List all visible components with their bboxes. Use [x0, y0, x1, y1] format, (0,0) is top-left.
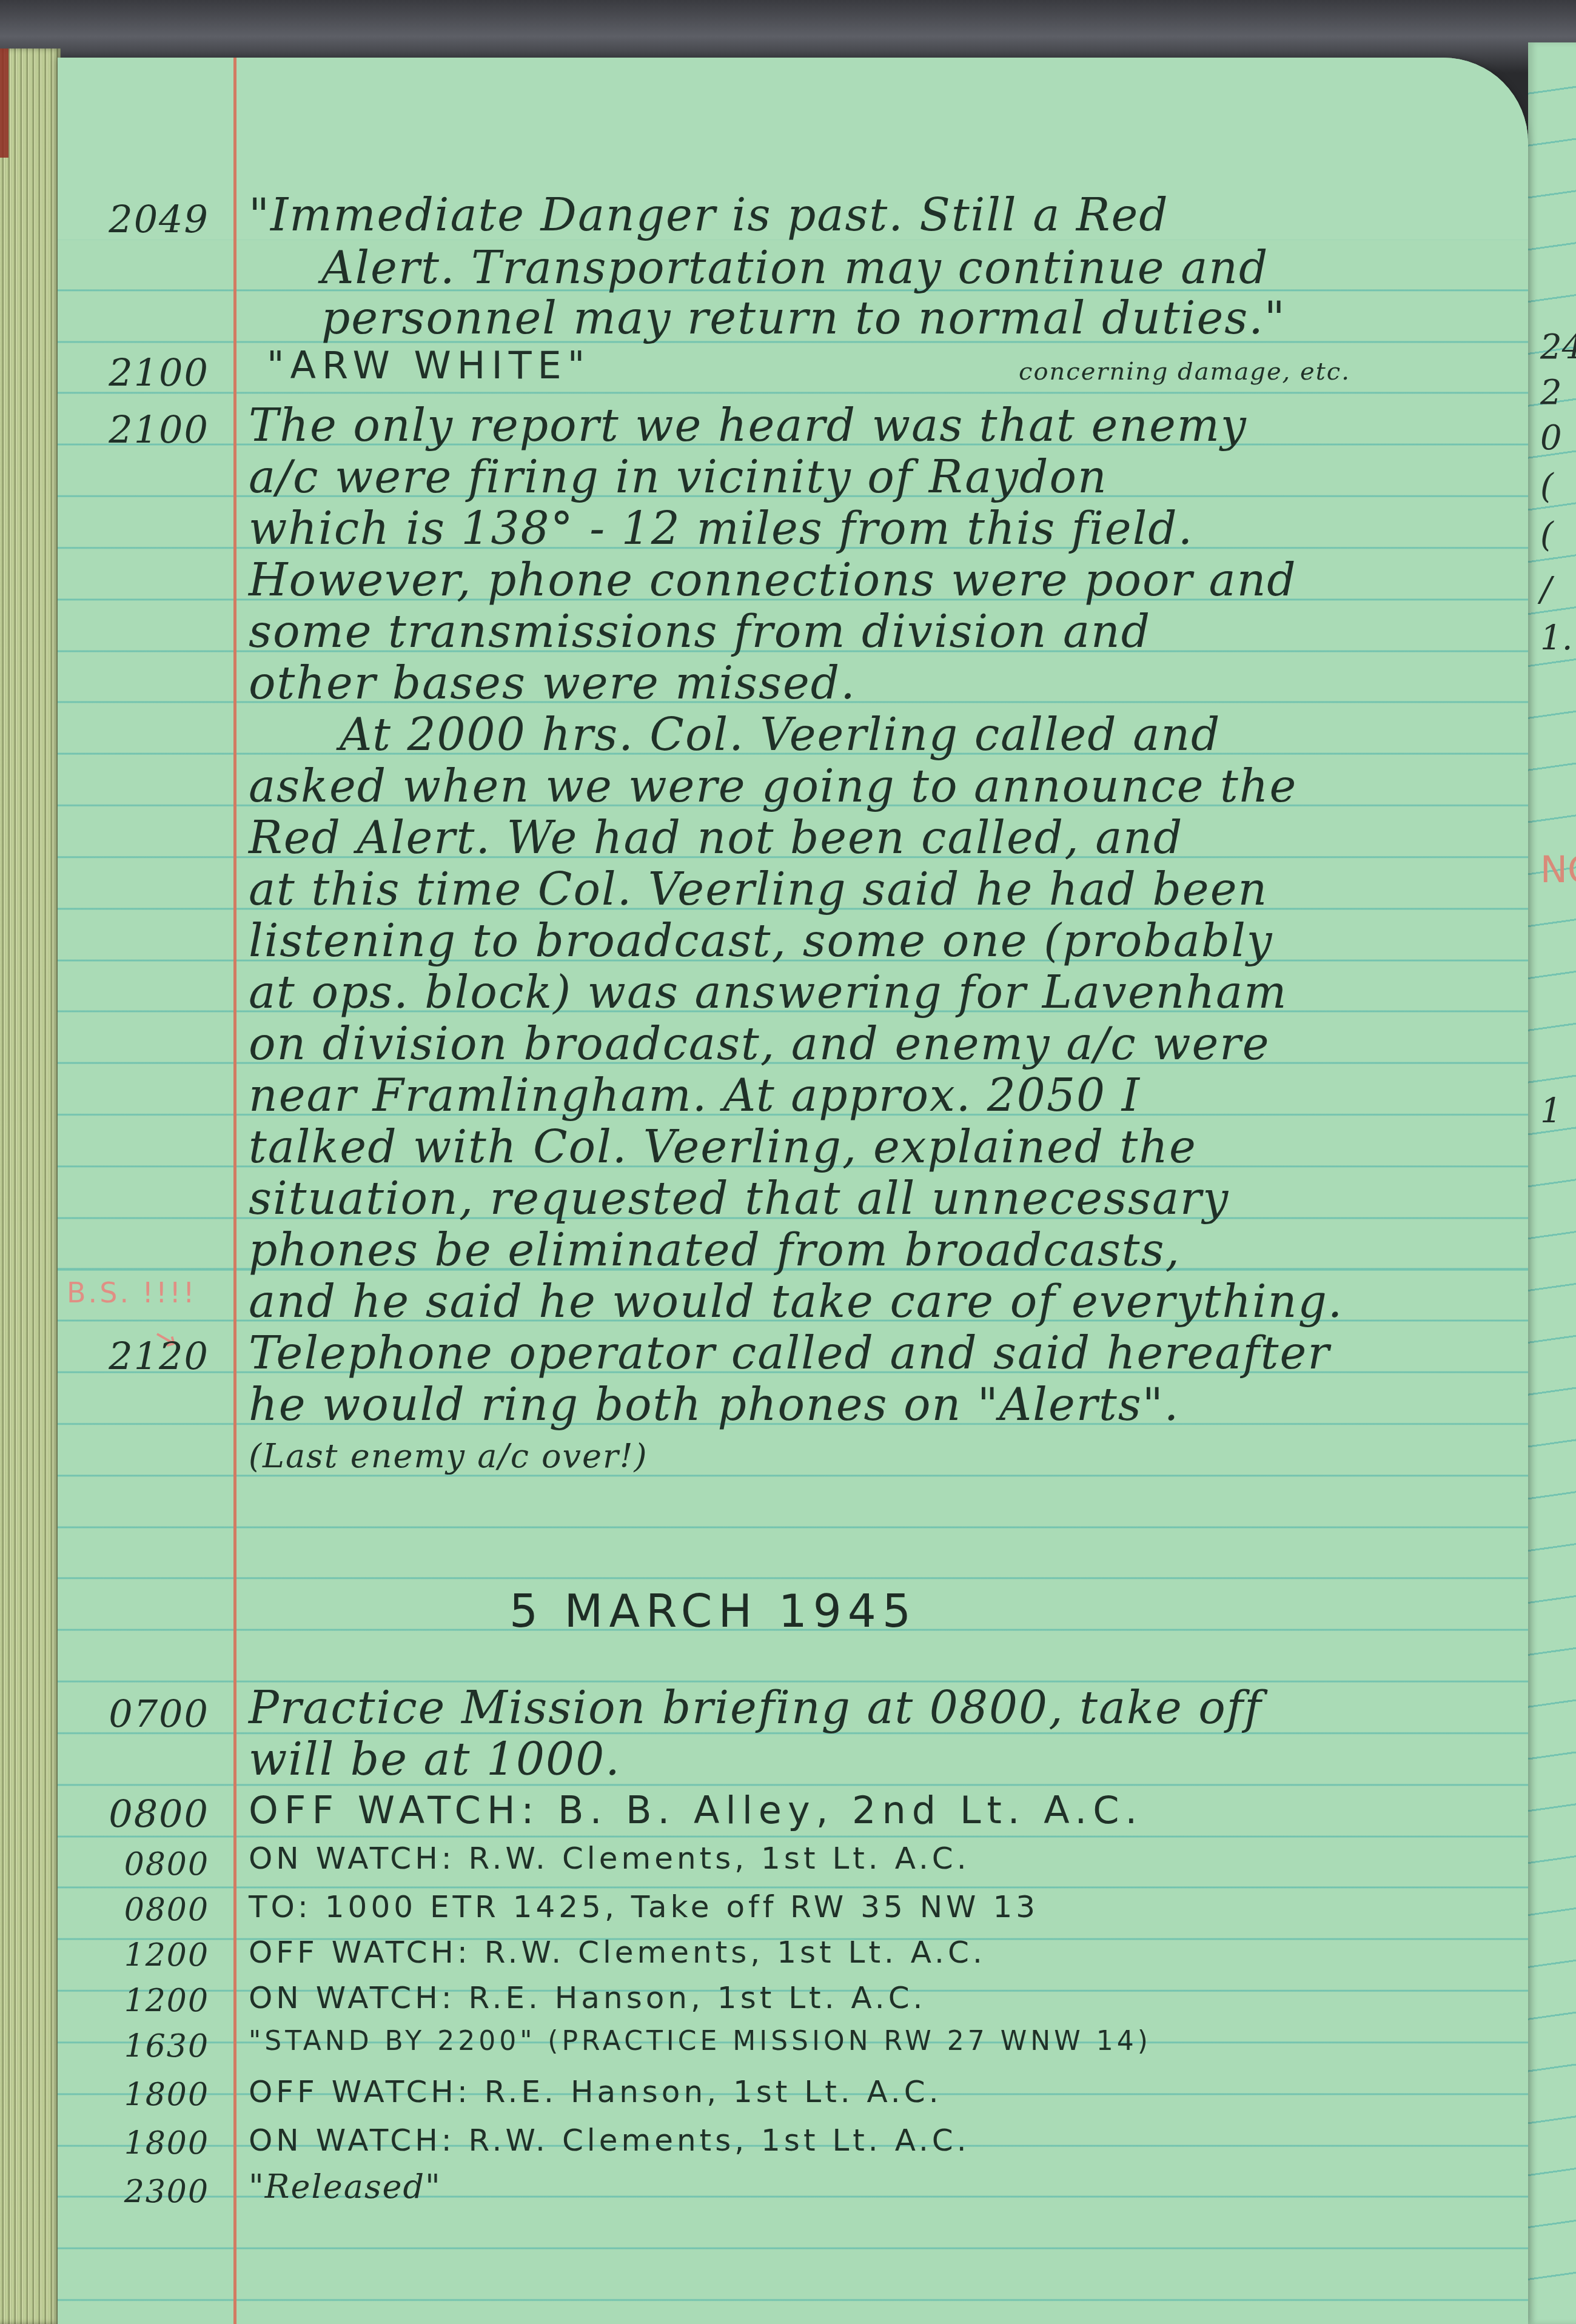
entry-text-line: ON WATCH: R.E. Hanson, 1st Lt. A.C.	[249, 1983, 926, 2013]
entry-time: 2100	[58, 350, 221, 395]
entry-time: 0800	[58, 1892, 221, 1928]
facing-page-edge: 24 2 0 ( ( / 1. NO 1	[1528, 42, 1576, 2324]
entry-text-line: will be at 1000.	[249, 1737, 621, 1782]
entry-text-line: Telephone operator called and said herea…	[249, 1331, 1330, 1376]
entry-text-line: OFF WATCH: B. B. Alley, 2nd Lt. A.C.	[249, 1792, 1143, 1829]
margin-note-red: B.S. !!!!	[67, 1276, 196, 1309]
entry-text-line: ON WATCH: R.W. Clements, 1st Lt. A.C.	[249, 2125, 970, 2155]
book-cover-edge	[0, 49, 8, 158]
entry-time: 0700	[58, 1692, 221, 1736]
entry-text-line: Practice Mission briefing at 0800, take …	[249, 1686, 1262, 1730]
facing-page-fragment: 0	[1540, 418, 1562, 458]
entry-time: 1800	[58, 2125, 221, 2162]
facing-page-fragment: 1	[1540, 1091, 1562, 1131]
facing-page-fragment: 1.	[1540, 618, 1572, 658]
entry-text-line: Red Alert. We had not been called, and	[249, 815, 1183, 860]
entry-text-line: ON WATCH: R.W. Clements, 1st Lt. A.C.	[249, 1843, 970, 1874]
facing-page-fragment: /	[1540, 570, 1552, 609]
entry-text-line: OFF WATCH: R.W. Clements, 1st Lt. A.C.	[249, 1937, 986, 1967]
entry-text-line: at ops. block) was answering for Lavenha…	[249, 970, 1287, 1015]
entry-text-line: some transmissions from division and	[249, 609, 1151, 654]
entry-text-line: At 2000 hrs. Col. Veerling called and	[340, 712, 1221, 757]
inserted-annotation: concerning damage, etc.	[1019, 358, 1350, 386]
entry-time: 2120	[58, 1334, 221, 1378]
entry-time: 1800	[58, 2077, 221, 2113]
date-heading: 5 MARCH 1945	[509, 1586, 917, 1638]
entry-text-line: "STAND BY 2200" (PRACTICE MISSION RW 27 …	[249, 2028, 1152, 2055]
entry-time: 2300	[58, 2174, 221, 2210]
entry-text-line: (Last enemy a/c over!)	[249, 1440, 648, 1473]
entry-time: 2100	[58, 407, 221, 452]
entry-text-line: phones be eliminated from broadcasts,	[249, 1228, 1181, 1273]
entry-text-line: personnel may return to normal duties."	[321, 296, 1286, 341]
entry-text-line: "Released"	[249, 2171, 441, 2203]
entry-time: 1630	[58, 2028, 221, 2064]
entry-text-line: "ARW WHITE"	[267, 347, 591, 384]
entry-text-line: near Framlingham. At approx. 2050 I	[249, 1073, 1141, 1118]
entry-time: 0800	[58, 1792, 221, 1836]
entry-time: 1200	[58, 1937, 221, 1974]
entry-text-line: "Immediate Danger is past. Still a Red	[249, 193, 1169, 238]
entry-time: 1200	[58, 1983, 221, 2019]
entry-text-line: a/c were firing in vicinity of Raydon	[249, 455, 1108, 500]
entry-text-line: Alert. Transportation may continue and	[321, 246, 1269, 290]
entry-text-line: OFF WATCH: R.E. Hanson, 1st Lt. A.C.	[249, 2077, 942, 2107]
entry-text-line: he would ring both phones on "Alerts".	[249, 1382, 1179, 1427]
entry-text-line: situation, requested that all unnecessar…	[249, 1176, 1229, 1221]
entry-text-line: other bases were missed.	[249, 661, 856, 706]
page-stack-edge	[0, 49, 61, 2324]
entry-text-line: talked with Col. Veerling, explained the	[249, 1125, 1197, 1170]
facing-page-fragment: 24	[1540, 327, 1576, 367]
entry-text-line: The only report we heard was that enemy	[249, 403, 1247, 448]
entry-time: 2049	[58, 197, 221, 241]
facing-page-fragment: 2	[1540, 373, 1562, 412]
entry-text-line: asked when we were going to announce the	[249, 764, 1297, 809]
logbook-photo: 24 2 0 ( ( / 1. NO 1 2049 "Immediate Dan…	[0, 0, 1576, 2324]
entry-text-line: and he said he would take care of everyt…	[249, 1279, 1343, 1324]
margin-line	[233, 58, 236, 2324]
entry-text-line: which is 138° - 12 miles from this field…	[249, 506, 1193, 551]
entry-time: 0800	[58, 1846, 221, 1883]
entry-text-line: TO: 1000 ETR 1425, Take off RW 35 NW 13	[249, 1892, 1039, 1922]
facing-page-fragment: (	[1540, 467, 1554, 506]
entry-text-line: on division broadcast, and enemy a/c wer…	[249, 1022, 1270, 1067]
facing-page-red-fragment: NO	[1540, 849, 1576, 891]
facing-page-fragment: (	[1540, 515, 1554, 555]
entry-text-line: However, phone connections were poor and	[249, 558, 1297, 603]
entry-text-line: at this time Col. Veerling said he had b…	[249, 867, 1268, 912]
entry-text-line: listening to broadcast, some one (probab…	[249, 919, 1273, 963]
